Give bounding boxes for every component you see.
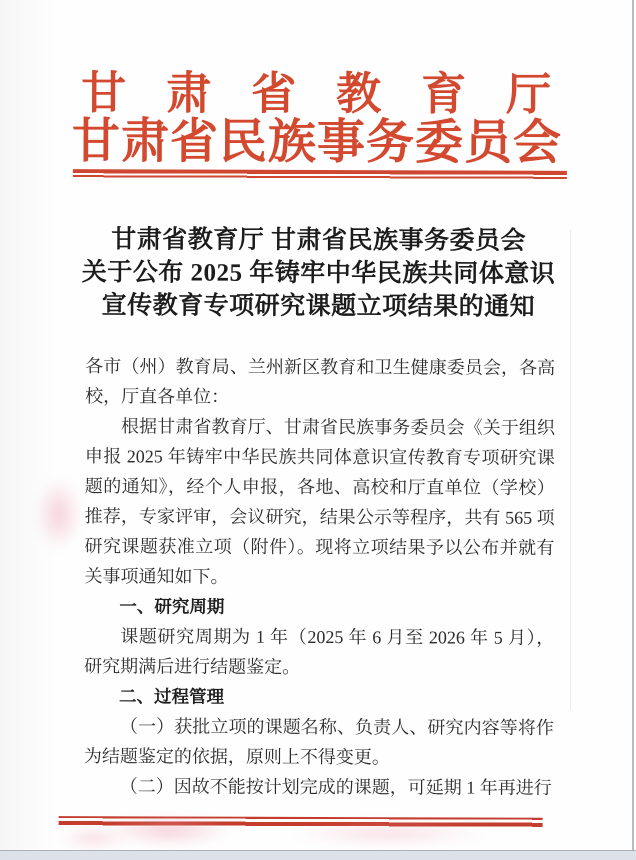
scanner-background-strip: [0, 850, 636, 860]
section1-heading: 一、研究周期: [84, 591, 554, 623]
intro-paragraph: 根据甘肃省教育厅、甘肃省民族事务委员会《关于组织申报 2025 年铸牢中华民族共…: [84, 411, 555, 593]
pink-scan-smudge: [59, 827, 129, 849]
scanned-document-page: 甘肃省教育厅 甘肃省民族事务委员会 甘肃省教育厅 甘肃省民族事务委员会 关于公布…: [0, 0, 636, 860]
document-title-line1: 甘肃省教育厅 甘肃省民族事务委员会: [1, 223, 636, 258]
page-content: 甘肃省教育厅 甘肃省民族事务委员会 甘肃省教育厅 甘肃省民族事务委员会 关于公布…: [0, 0, 636, 852]
section1-paragraph: 课题研究周期为 1 年（2025 年 6 月至 2026 年 5 月），研究期满…: [84, 621, 554, 683]
pink-scan-smudge: [289, 820, 489, 847]
document-body: 各市（州）教育局、兰州新区教育和卫生健康委员会，各高校，厅直各单位： 根据甘肃省…: [84, 351, 556, 803]
document-title-line3: 宣传教育专项研究课题立项结果的通知: [0, 289, 636, 324]
section2-heading: 二、过程管理: [84, 681, 554, 713]
salutation: 各市（州）教育局、兰州新区教育和卫生健康委员会，各高校，厅直各单位：: [85, 351, 555, 413]
pink-scan-smudge: [36, 477, 82, 551]
scan-right-edge-line: [632, 0, 634, 851]
letterhead-agency-line1: 甘肃省教育厅: [81, 69, 591, 119]
letterhead-separator-rule: [73, 169, 567, 180]
letterhead-agency-line2: 甘肃省民族事务委员会: [72, 117, 562, 169]
section2-item2: （二）因故不能按计划完成的课题，可延期 1 年再进行: [84, 771, 554, 803]
document-title: 甘肃省教育厅 甘肃省民族事务委员会 关于公布 2025 年铸牢中华民族共同体意识…: [0, 223, 636, 324]
section2-item1: （一）获批立项的课题名称、负责人、研究内容等将作为结题鉴定的依据，原则上不得变更…: [84, 711, 554, 773]
document-title-line2: 关于公布 2025 年铸牢中华民族共同体意识: [0, 256, 636, 291]
